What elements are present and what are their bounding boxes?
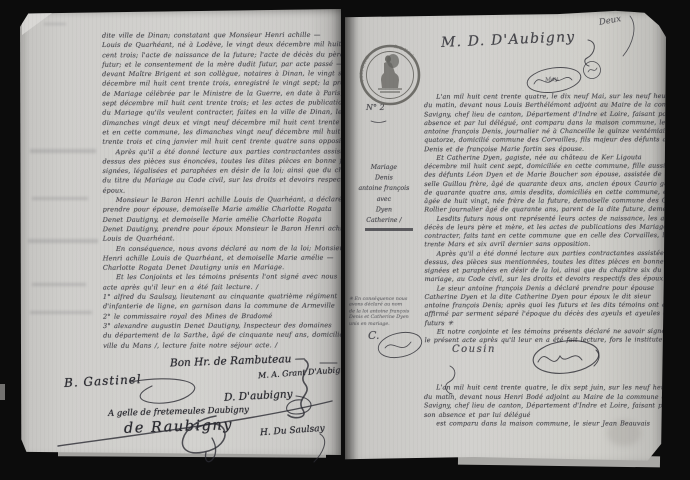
text-line: Catherine / <box>349 215 419 226</box>
text-line: avec <box>349 194 419 205</box>
text-line: Denis <box>349 173 419 184</box>
ink-smudge <box>32 197 88 200</box>
text-line: Mariage <box>349 162 419 173</box>
signature-du-saulsay: H. Du Saulsay <box>260 424 325 438</box>
scan-edge-notch <box>0 384 5 400</box>
folio-number: Deux <box>598 14 622 28</box>
signature-grant-daubigny: M. A. Grant D'Aubigny <box>258 365 341 380</box>
signature-raubigny: de Raubigny <box>124 417 233 437</box>
ink-smudge <box>28 239 98 243</box>
text-line: est comparu dans la maison commune, le s… <box>424 420 659 429</box>
page-header-title: M. D. D'Aubigny <box>441 29 576 51</box>
text-line: antoine françois <box>349 183 419 194</box>
left-page-act-text: dite ville de Dinan; constatant que Mons… <box>102 30 341 350</box>
act-number: N° 2 <box>366 103 385 112</box>
text-line: Savigny, chef lieu de canton, Départemen… <box>424 402 659 411</box>
text-line: Dyen <box>349 205 419 216</box>
pencil-mark <box>44 23 66 25</box>
registration-paraph-note: May. <box>545 75 560 83</box>
margin-note-parties: MariageDenisantoine françoisavecDyenCath… <box>349 162 419 226</box>
signature-daubigny: D. D'aubigny <box>224 388 293 404</box>
signature-cousin: Cousin <box>452 344 496 355</box>
text-line: L'an mil huit cent trente quatre, le dix… <box>424 384 659 393</box>
register-scan: dite ville de Dinan; constatant que Mons… <box>0 0 690 480</box>
text-line: unis en mariage. <box>349 321 420 327</box>
signature-rambuteau: Bon Hr. de Rambuteau — <box>170 353 306 370</box>
signature-gastinel: B. Gastinel <box>64 372 142 390</box>
ink-smudge <box>30 149 96 153</box>
ink-smudge <box>30 311 92 314</box>
text-line: du matin, devant nous Henri Bodé adjoint… <box>424 393 659 402</box>
text-line: ville du Mans /, lecture faite notre séj… <box>103 340 341 351</box>
margin-annotation: ✳ En conséquence nousavons déclaré au no… <box>349 296 420 327</box>
text-line: son absence et par lui délégué <box>424 411 659 420</box>
next-act-opening-text: L'an mil huit cent trente quatre, le dix… <box>424 384 659 429</box>
right-page-act-text: L'an mil huit cent trente quatre, le dix… <box>424 92 662 345</box>
ink-smudge <box>32 283 86 286</box>
left-page: dite ville de Dinan; constatant que Mons… <box>20 9 341 455</box>
margin-initial: C. <box>368 329 380 342</box>
margin-rule <box>365 228 413 231</box>
right-page: Deux M. D. D'Aubigny May. N° 2 MariageDe… <box>345 10 667 462</box>
